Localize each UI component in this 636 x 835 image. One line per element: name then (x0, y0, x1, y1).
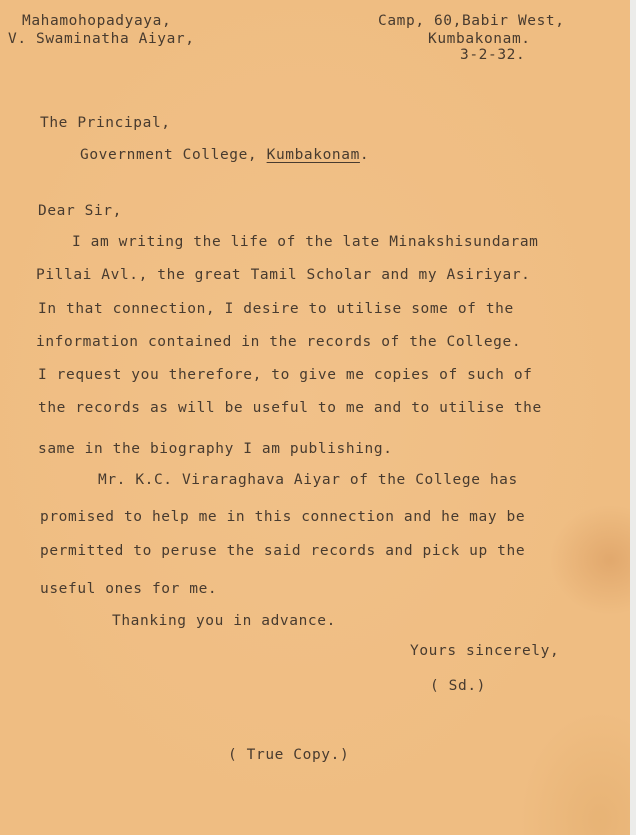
body-line: I am writing the life of the late Minaks… (72, 233, 539, 251)
recipient-title: The Principal, (40, 114, 171, 132)
recipient-college: Government College, (80, 147, 267, 163)
body-line: In that connection, I desire to utilise … (38, 300, 514, 318)
true-copy-note: ( True Copy.) (228, 746, 349, 764)
body-line: useful ones for me. (40, 580, 217, 598)
body-line: promised to help me in this connection a… (40, 508, 525, 526)
sender-title: Mahamohopadyaya, (22, 12, 171, 30)
body-line: I request you therefore, to give me copi… (38, 366, 532, 384)
letter-page: Mahamohopadyaya, V. Swaminatha Aiyar, Ca… (0, 0, 632, 835)
recipient-place: Kumbakonam (267, 147, 360, 163)
body-line: the records as will be useful to me and … (38, 399, 542, 417)
sender-name: V. Swaminatha Aiyar, (8, 30, 195, 48)
letter-date: 3-2-32. (460, 46, 525, 64)
body-line: Pillai Avl., the great Tamil Scholar and… (36, 266, 530, 284)
sender-address: Camp, 60,Babir West, (378, 12, 565, 30)
body-line: information contained in the records of … (36, 333, 521, 351)
valediction: Yours sincerely, (410, 642, 559, 660)
body-line: Mr. K.C. Viraraghava Aiyar of the Colleg… (98, 471, 518, 489)
signature: ( Sd.) (430, 677, 486, 695)
recipient-suffix: . (360, 147, 369, 163)
salutation: Dear Sir, (38, 202, 122, 220)
body-line: permitted to peruse the said records and… (40, 542, 525, 560)
thanks-line: Thanking you in advance. (112, 612, 336, 630)
page-edge (630, 0, 636, 835)
recipient-institution: Government College, Kumbakonam. (80, 146, 369, 164)
body-line: same in the biography I am publishing. (38, 440, 393, 458)
